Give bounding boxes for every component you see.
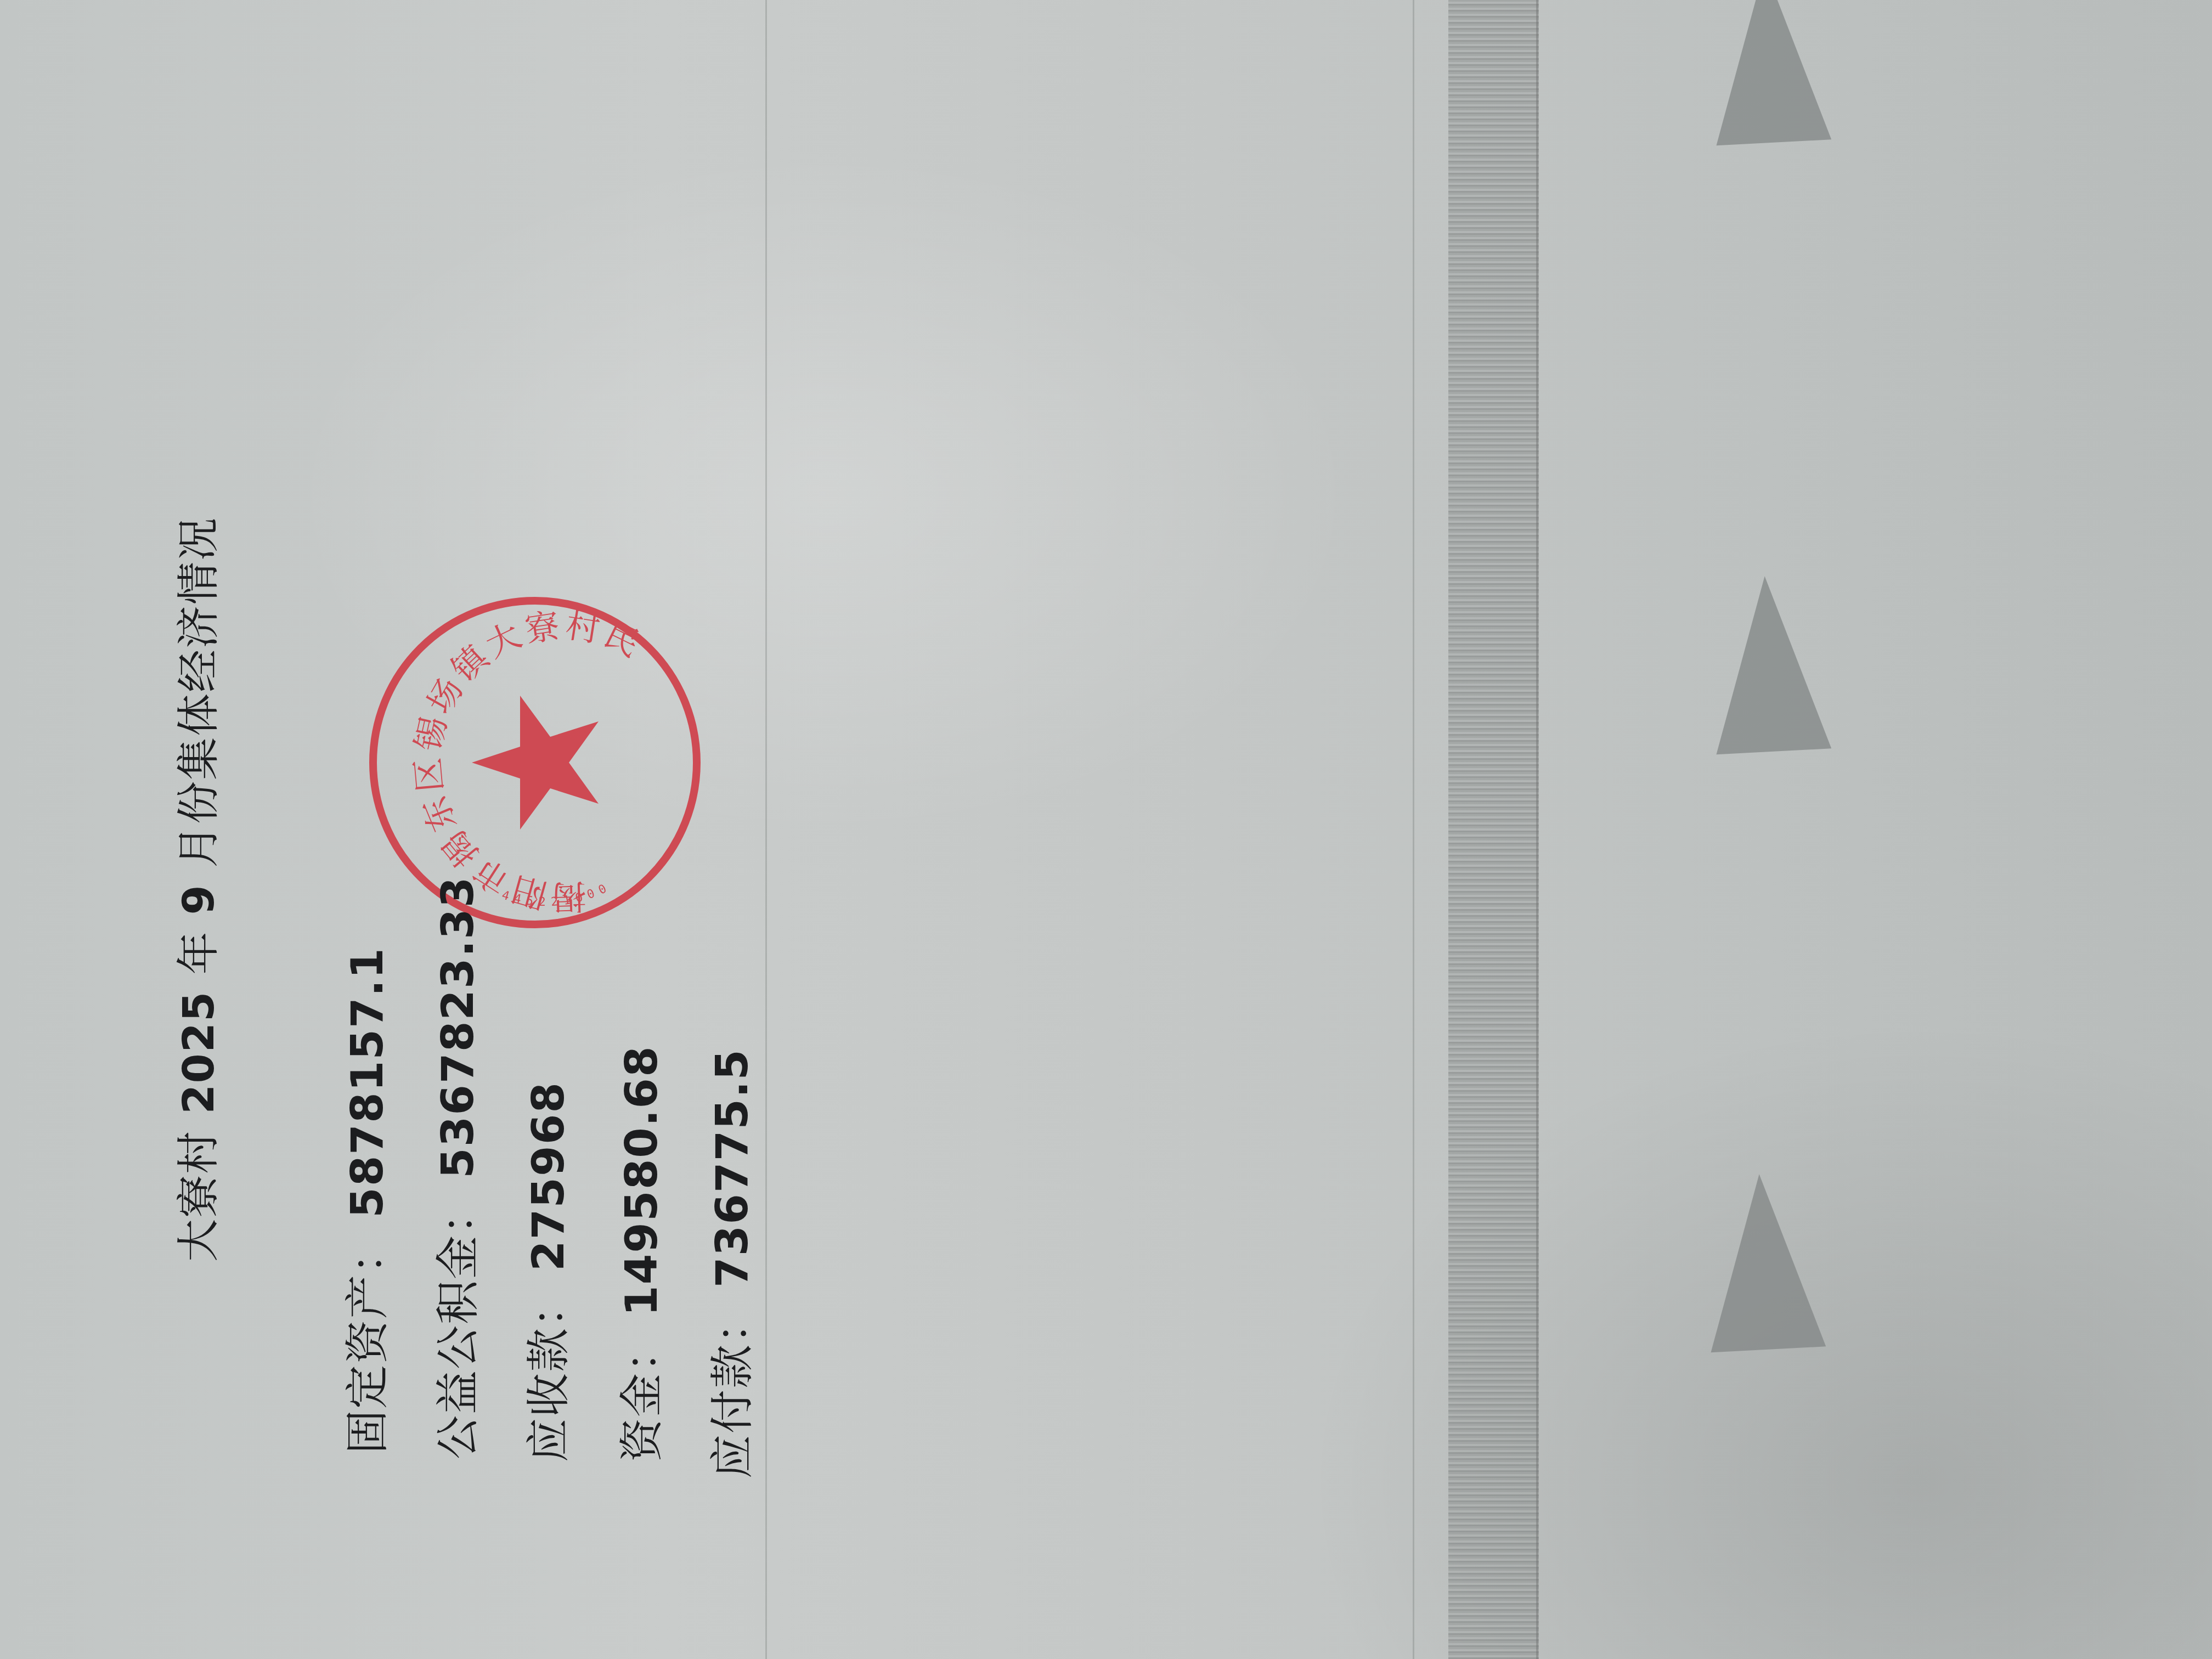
title-village: 大寮村 (174, 1130, 224, 1262)
printer-smudge-edge (1536, 0, 1538, 1659)
triangle-mark-icon (1707, 0, 1831, 145)
item-receivables: 应收款：275968 (513, 1081, 576, 1462)
item-value: 149580.68 (616, 1045, 667, 1316)
item-payables: 应付款：736775.5 (697, 1048, 760, 1479)
paper-fold-line (765, 0, 767, 1659)
item-label: 公益公积金： (432, 1189, 483, 1459)
item-label: 应付款： (707, 1299, 758, 1479)
item-value: 5878157.1 (342, 947, 393, 1218)
item-value: 736775.5 (707, 1048, 758, 1288)
title-month: 9 (174, 884, 224, 915)
item-public-welfare-fund: 公益公积金：5367823.33 (422, 876, 486, 1459)
triangle-mark-icon (1702, 1171, 1826, 1353)
official-seal: 揭阳市揭东区锡场镇大寮村民委员会 445221000 (365, 592, 705, 933)
triangle-mark-icon (1707, 573, 1831, 755)
printer-smudge-band (1448, 0, 1539, 1659)
item-funds: 资金：149580.68 (606, 1045, 669, 1462)
item-label: 资金： (616, 1327, 667, 1462)
item-fixed-assets: 固定资产：5878157.1 (332, 947, 395, 1454)
star-icon (472, 696, 599, 830)
title-year-unit: 年 (174, 931, 224, 975)
item-value: 275968 (523, 1081, 574, 1271)
document-title: 大寮村 2025 年 9 月份集体经济情况 (165, 517, 226, 1262)
item-value: 5367823.33 (432, 876, 483, 1178)
item-label: 固定资产： (342, 1229, 393, 1454)
title-month-unit: 月份集体经济情况 (174, 517, 224, 868)
title-year: 2025 (174, 991, 224, 1114)
item-label: 应收款： (523, 1282, 574, 1462)
paper-fold-line (1413, 0, 1414, 1659)
